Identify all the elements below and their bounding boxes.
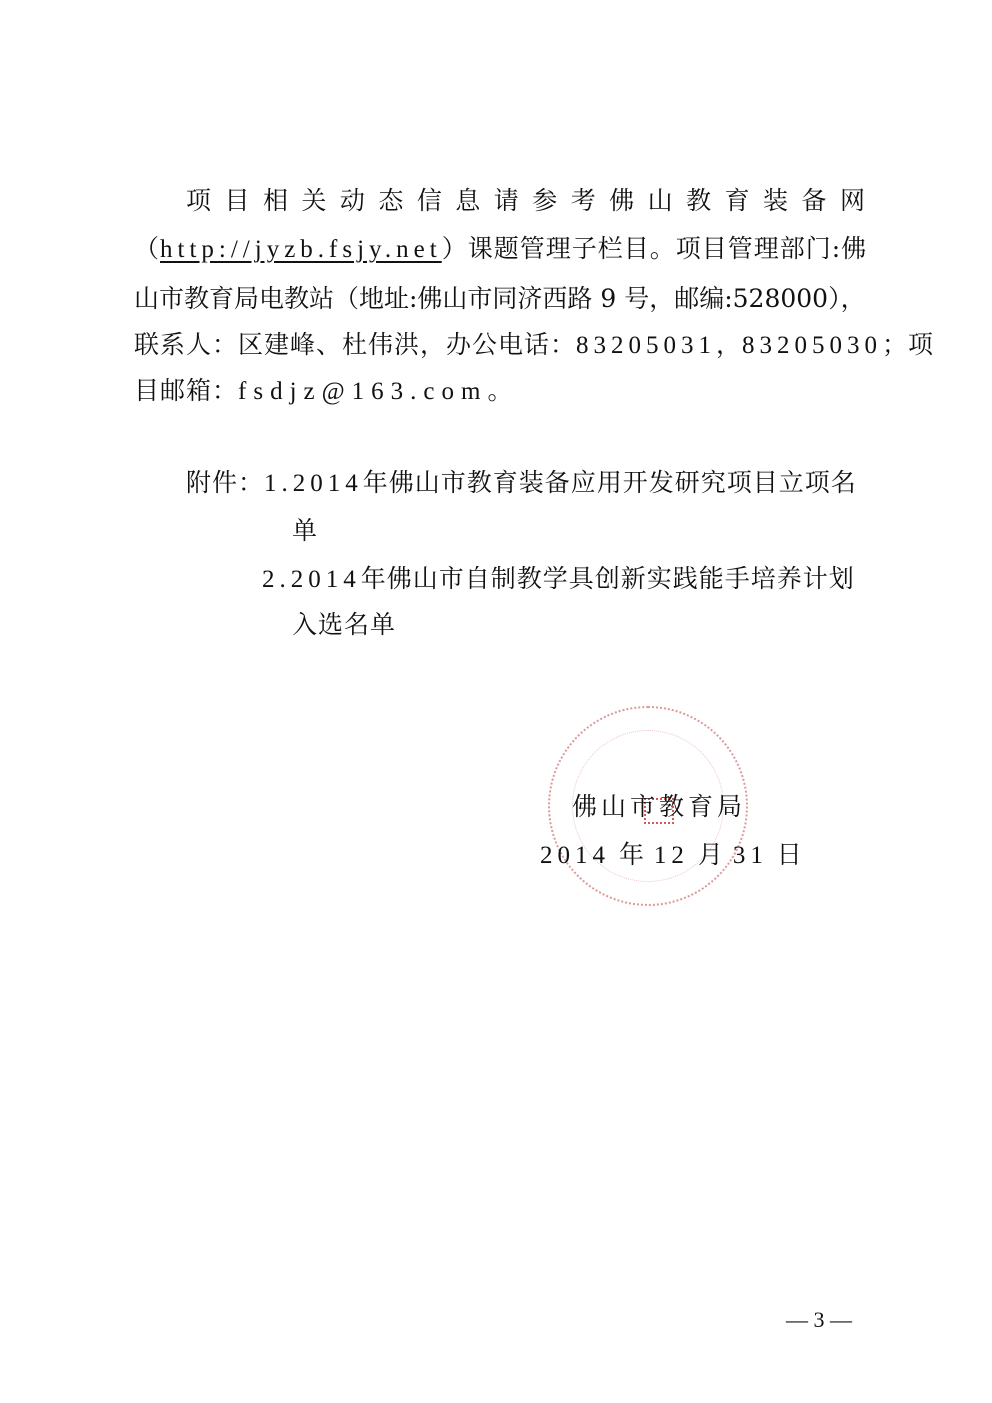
date-month: 12 xyxy=(654,842,689,869)
attachment-1-line-1: 附件：1.2014年佛山市教育装备应用开发研究项目立项名 xyxy=(186,468,857,499)
attachments-label: 附件： xyxy=(186,468,264,497)
attachment-1-number: 1. xyxy=(264,470,293,497)
attachment-2-line-2: 入选名单 xyxy=(292,610,396,640)
email-suffix: 。 xyxy=(487,376,513,405)
attachment-2-title-cont: 入选名单 xyxy=(292,610,396,639)
attachment-2-line-1: 2.2014年佛山市自制教学具创新实践能手培养计划 xyxy=(262,564,855,595)
date-year: 2014 xyxy=(540,842,610,869)
date-year-unit: 年 xyxy=(619,840,645,869)
date-day: 31 xyxy=(733,842,768,869)
paragraph-line-2: （http://jyzb.fsjy.net）课题管理子栏目。项目管理部门:佛 xyxy=(134,234,867,265)
paragraph-line-4: 联系人：区建峰、杜伟洪，办公电话：83205031，83205030；项 xyxy=(134,330,934,361)
attachment-1-title-cont: 单 xyxy=(292,516,318,545)
signature-organization: 佛山市教育局 xyxy=(572,792,746,822)
open-paren: （ xyxy=(134,234,160,263)
paragraph-line-1-char: 相 xyxy=(263,186,289,216)
paragraph-line-1-char: 备 xyxy=(802,186,828,216)
contact-suffix: ；项 xyxy=(882,330,934,359)
paragraph-line-1-char: 动 xyxy=(340,186,366,216)
website-link[interactable]: http://jyzb.fsjy.net xyxy=(160,236,442,263)
paragraph-line-1-char: 装 xyxy=(763,186,789,216)
paragraph-line-3: 山市教育局电教站（地址:佛山市同济西路 9 号，邮编:528000）， xyxy=(134,284,866,314)
date-day-unit: 日 xyxy=(777,840,803,869)
paragraph-line-1-char: 信 xyxy=(417,186,443,216)
paragraph-line-1-char: 目 xyxy=(224,186,250,216)
paragraph-line-1-char: 考 xyxy=(571,186,597,216)
paragraph-line-1-char: 山 xyxy=(648,186,674,216)
paragraph-line-1-char: 息 xyxy=(455,186,481,216)
paragraph-line-1-char: 教 xyxy=(686,186,712,216)
email-label: 目邮箱： xyxy=(134,376,238,405)
address-text: 山市教育局电教站（地址:佛山市同济西路 9 号，邮编:528000）， xyxy=(134,284,866,313)
paragraph-line-1-char: 态 xyxy=(378,186,404,216)
attachment-2-year: 2014 xyxy=(291,566,361,593)
contact-label: 联系人：区建峰、杜伟洪，办公电话： xyxy=(134,330,576,359)
phone-separator: ， xyxy=(716,330,742,359)
phone-number-1: 83205031 xyxy=(576,332,716,359)
phone-number-2: 83205030 xyxy=(742,332,882,359)
paragraph-line-2-text: ）课题管理子栏目。项目管理部门:佛 xyxy=(442,234,867,263)
paragraph-line-1-char: 网 xyxy=(840,186,866,216)
attachment-1-year: 2014 xyxy=(293,470,363,497)
page-number: — 3 — xyxy=(786,1306,852,1334)
paragraph-line-1-char: 佛 xyxy=(609,186,635,216)
date-month-unit: 月 xyxy=(698,840,724,869)
attachment-2-title: 年佛山市自制教学具创新实践能手培养计划 xyxy=(361,564,855,593)
paragraph-line-1-char: 项 xyxy=(186,186,212,216)
paragraph-line-1-char: 育 xyxy=(725,186,751,216)
paragraph-line-1: 项目相关动态信息请参考佛山教育装备网 xyxy=(186,186,866,216)
paragraph-line-1-char: 关 xyxy=(301,186,327,216)
paragraph-line-1-char: 参 xyxy=(532,186,558,216)
signature-date: 2014 年 12 月 31 日 xyxy=(540,840,803,871)
email-address[interactable]: fsdjz@163.com xyxy=(238,378,487,405)
organization-name: 佛山市教育局 xyxy=(572,792,746,821)
paragraph-line-5: 目邮箱：fsdjz@163.com。 xyxy=(134,376,513,407)
paragraph-line-1-char: 请 xyxy=(494,186,520,216)
attachment-1-title: 年佛山市教育装备应用开发研究项目立项名 xyxy=(363,468,857,497)
attachment-1-line-2: 单 xyxy=(292,516,318,546)
attachment-2-number: 2. xyxy=(262,566,291,593)
